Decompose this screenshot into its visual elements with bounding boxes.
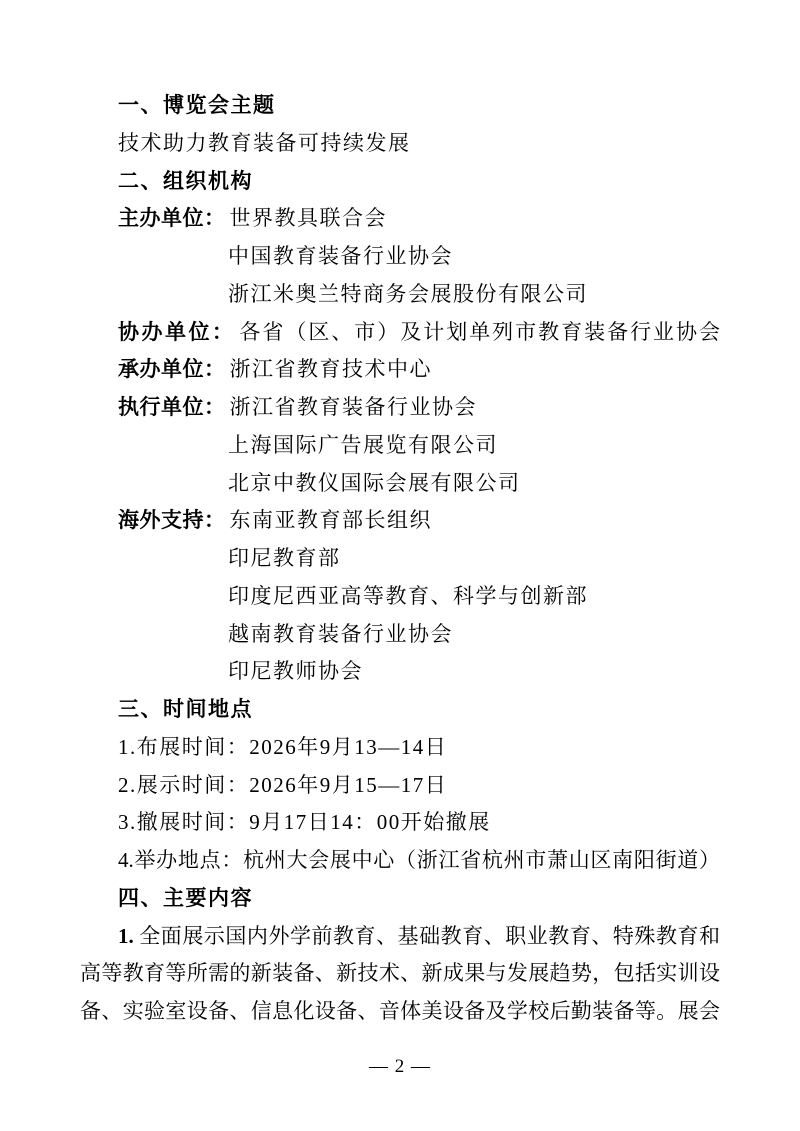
org-value-host-3: 浙江米奥兰特商务会展股份有限公司 bbox=[80, 276, 720, 314]
org-entry-host: 主办单位：世界教具联合会 bbox=[80, 200, 720, 238]
org-label-executor: 执行单位： bbox=[118, 396, 226, 419]
main-content-paragraph-line-2: 高等教育等所需的新装备、新技术、新成果与发展趋势，包括实训设 bbox=[80, 955, 720, 993]
org-value-host-2: 中国教育装备行业协会 bbox=[80, 238, 720, 276]
org-value-executor-2: 上海国际广告展览有限公司 bbox=[80, 427, 720, 465]
org-value-overseas-2: 印尼教育部 bbox=[80, 540, 720, 578]
time-place-item-teardown: 3.撤展时间：9月17日14：00开始撤展 bbox=[80, 804, 720, 842]
org-value-overseas-3: 印度尼西亚高等教育、科学与创新部 bbox=[80, 578, 720, 616]
document-content: 一、博览会主题 技术助力教育装备可持续发展 二、组织机构 主办单位：世界教具联合… bbox=[0, 0, 800, 1081]
expo-theme-text: 技术助力教育装备可持续发展 bbox=[80, 125, 720, 163]
paragraph-text-line-1: 全面展示国内外学前教育、基础教育、职业教育、特殊教育和 bbox=[139, 924, 720, 948]
section-heading-organization: 二、组织机构 bbox=[80, 163, 720, 201]
org-value-executor-3: 北京中教仪国际会展有限公司 bbox=[80, 465, 720, 503]
org-entry-co-organizer: 协办单位：各省（区、市）及计划单列市教育装备行业协会 bbox=[80, 314, 720, 352]
section-heading-expo-theme: 一、博览会主题 bbox=[80, 87, 720, 125]
org-value-host-1: 世界教具联合会 bbox=[230, 206, 388, 230]
time-place-item-setup: 1.布展时间：2026年9月13—14日 bbox=[80, 729, 720, 767]
time-place-item-venue: 4.举办地点：杭州大会展中心（浙江省杭州市萧山区南阳街道） bbox=[80, 842, 720, 880]
org-label-host: 主办单位： bbox=[118, 207, 226, 230]
org-entry-undertaker: 承办单位：浙江省教育技术中心 bbox=[80, 351, 720, 389]
page-number: — 2 — bbox=[80, 1053, 720, 1081]
org-label-co-organizer: 协办单位： bbox=[118, 321, 235, 344]
org-label-undertaker: 承办单位： bbox=[118, 358, 226, 381]
org-entry-executor: 执行单位：浙江省教育装备行业协会 bbox=[80, 389, 720, 427]
main-content-paragraph-line-1: 1.全面展示国内外学前教育、基础教育、职业教育、特殊教育和 bbox=[80, 918, 720, 956]
org-value-overseas-1: 东南亚教育部长组织 bbox=[230, 508, 433, 532]
paragraph-number: 1. bbox=[118, 924, 134, 948]
org-value-overseas-4: 越南教育装备行业协会 bbox=[80, 616, 720, 654]
org-label-overseas-support: 海外支持： bbox=[118, 509, 226, 532]
org-entry-overseas-support: 海外支持：东南亚教育部长组织 bbox=[80, 502, 720, 540]
org-value-undertaker: 浙江省教育技术中心 bbox=[230, 357, 433, 381]
org-value-co-organizer: 各省（区、市）及计划单列市教育装备行业协会 bbox=[239, 320, 720, 344]
time-place-item-exhibition: 2.展示时间：2026年9月15—17日 bbox=[80, 767, 720, 805]
section-heading-time-place: 三、时间地点 bbox=[80, 691, 720, 729]
main-content-paragraph-line-3: 备、实验室设备、信息化设备、音体美设备及学校后勤装备等。展会 bbox=[80, 993, 720, 1031]
org-value-overseas-5: 印尼教师协会 bbox=[80, 653, 720, 691]
org-value-executor-1: 浙江省教育装备行业协会 bbox=[230, 395, 478, 419]
section-heading-main-content: 四、主要内容 bbox=[80, 880, 720, 918]
document-page: 一、博览会主题 技术助力教育装备可持续发展 二、组织机构 主办单位：世界教具联合… bbox=[0, 0, 800, 1131]
